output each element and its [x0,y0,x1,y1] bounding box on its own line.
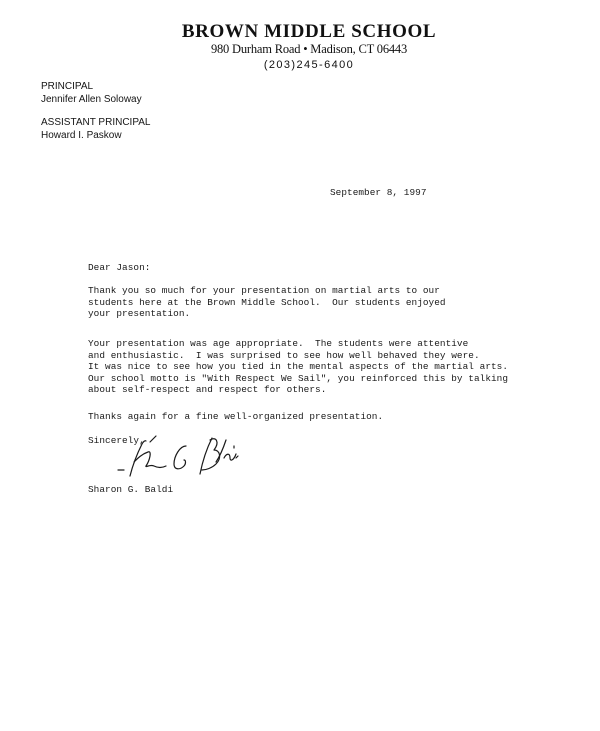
signature-image [112,432,242,482]
staff-assistant-principal: ASSISTANT PRINCIPAL Howard I. Paskow [41,117,150,142]
school-name: BROWN MIDDLE SCHOOL [18,22,600,42]
staff-principal: PRINCIPAL Jennifer Allen Soloway [41,81,150,106]
salutation: Dear Jason: [88,262,150,274]
letterhead: BROWN MIDDLE SCHOOL 980 Durham Road • Ma… [0,22,600,73]
staff-title: PRINCIPAL [41,81,150,94]
staff-name: Howard I. Paskow [41,130,150,143]
staff-title: ASSISTANT PRINCIPAL [41,117,150,130]
school-address: 980 Durham Road • Madison, CT 06443 [18,42,600,57]
signer-name: Sharon G. Baldi [88,484,173,496]
letter-date: September 8, 1997 [330,187,427,199]
body-paragraph: Your presentation was age appropriate. T… [88,338,508,396]
body-paragraph: Thanks again for a fine well-organized p… [88,411,383,423]
school-phone: (203)245-6400 [18,57,600,73]
staff-list: PRINCIPAL Jennifer Allen Soloway ASSISTA… [41,81,150,153]
body-paragraph: Thank you so much for your presentation … [88,285,446,320]
staff-name: Jennifer Allen Soloway [41,94,150,107]
